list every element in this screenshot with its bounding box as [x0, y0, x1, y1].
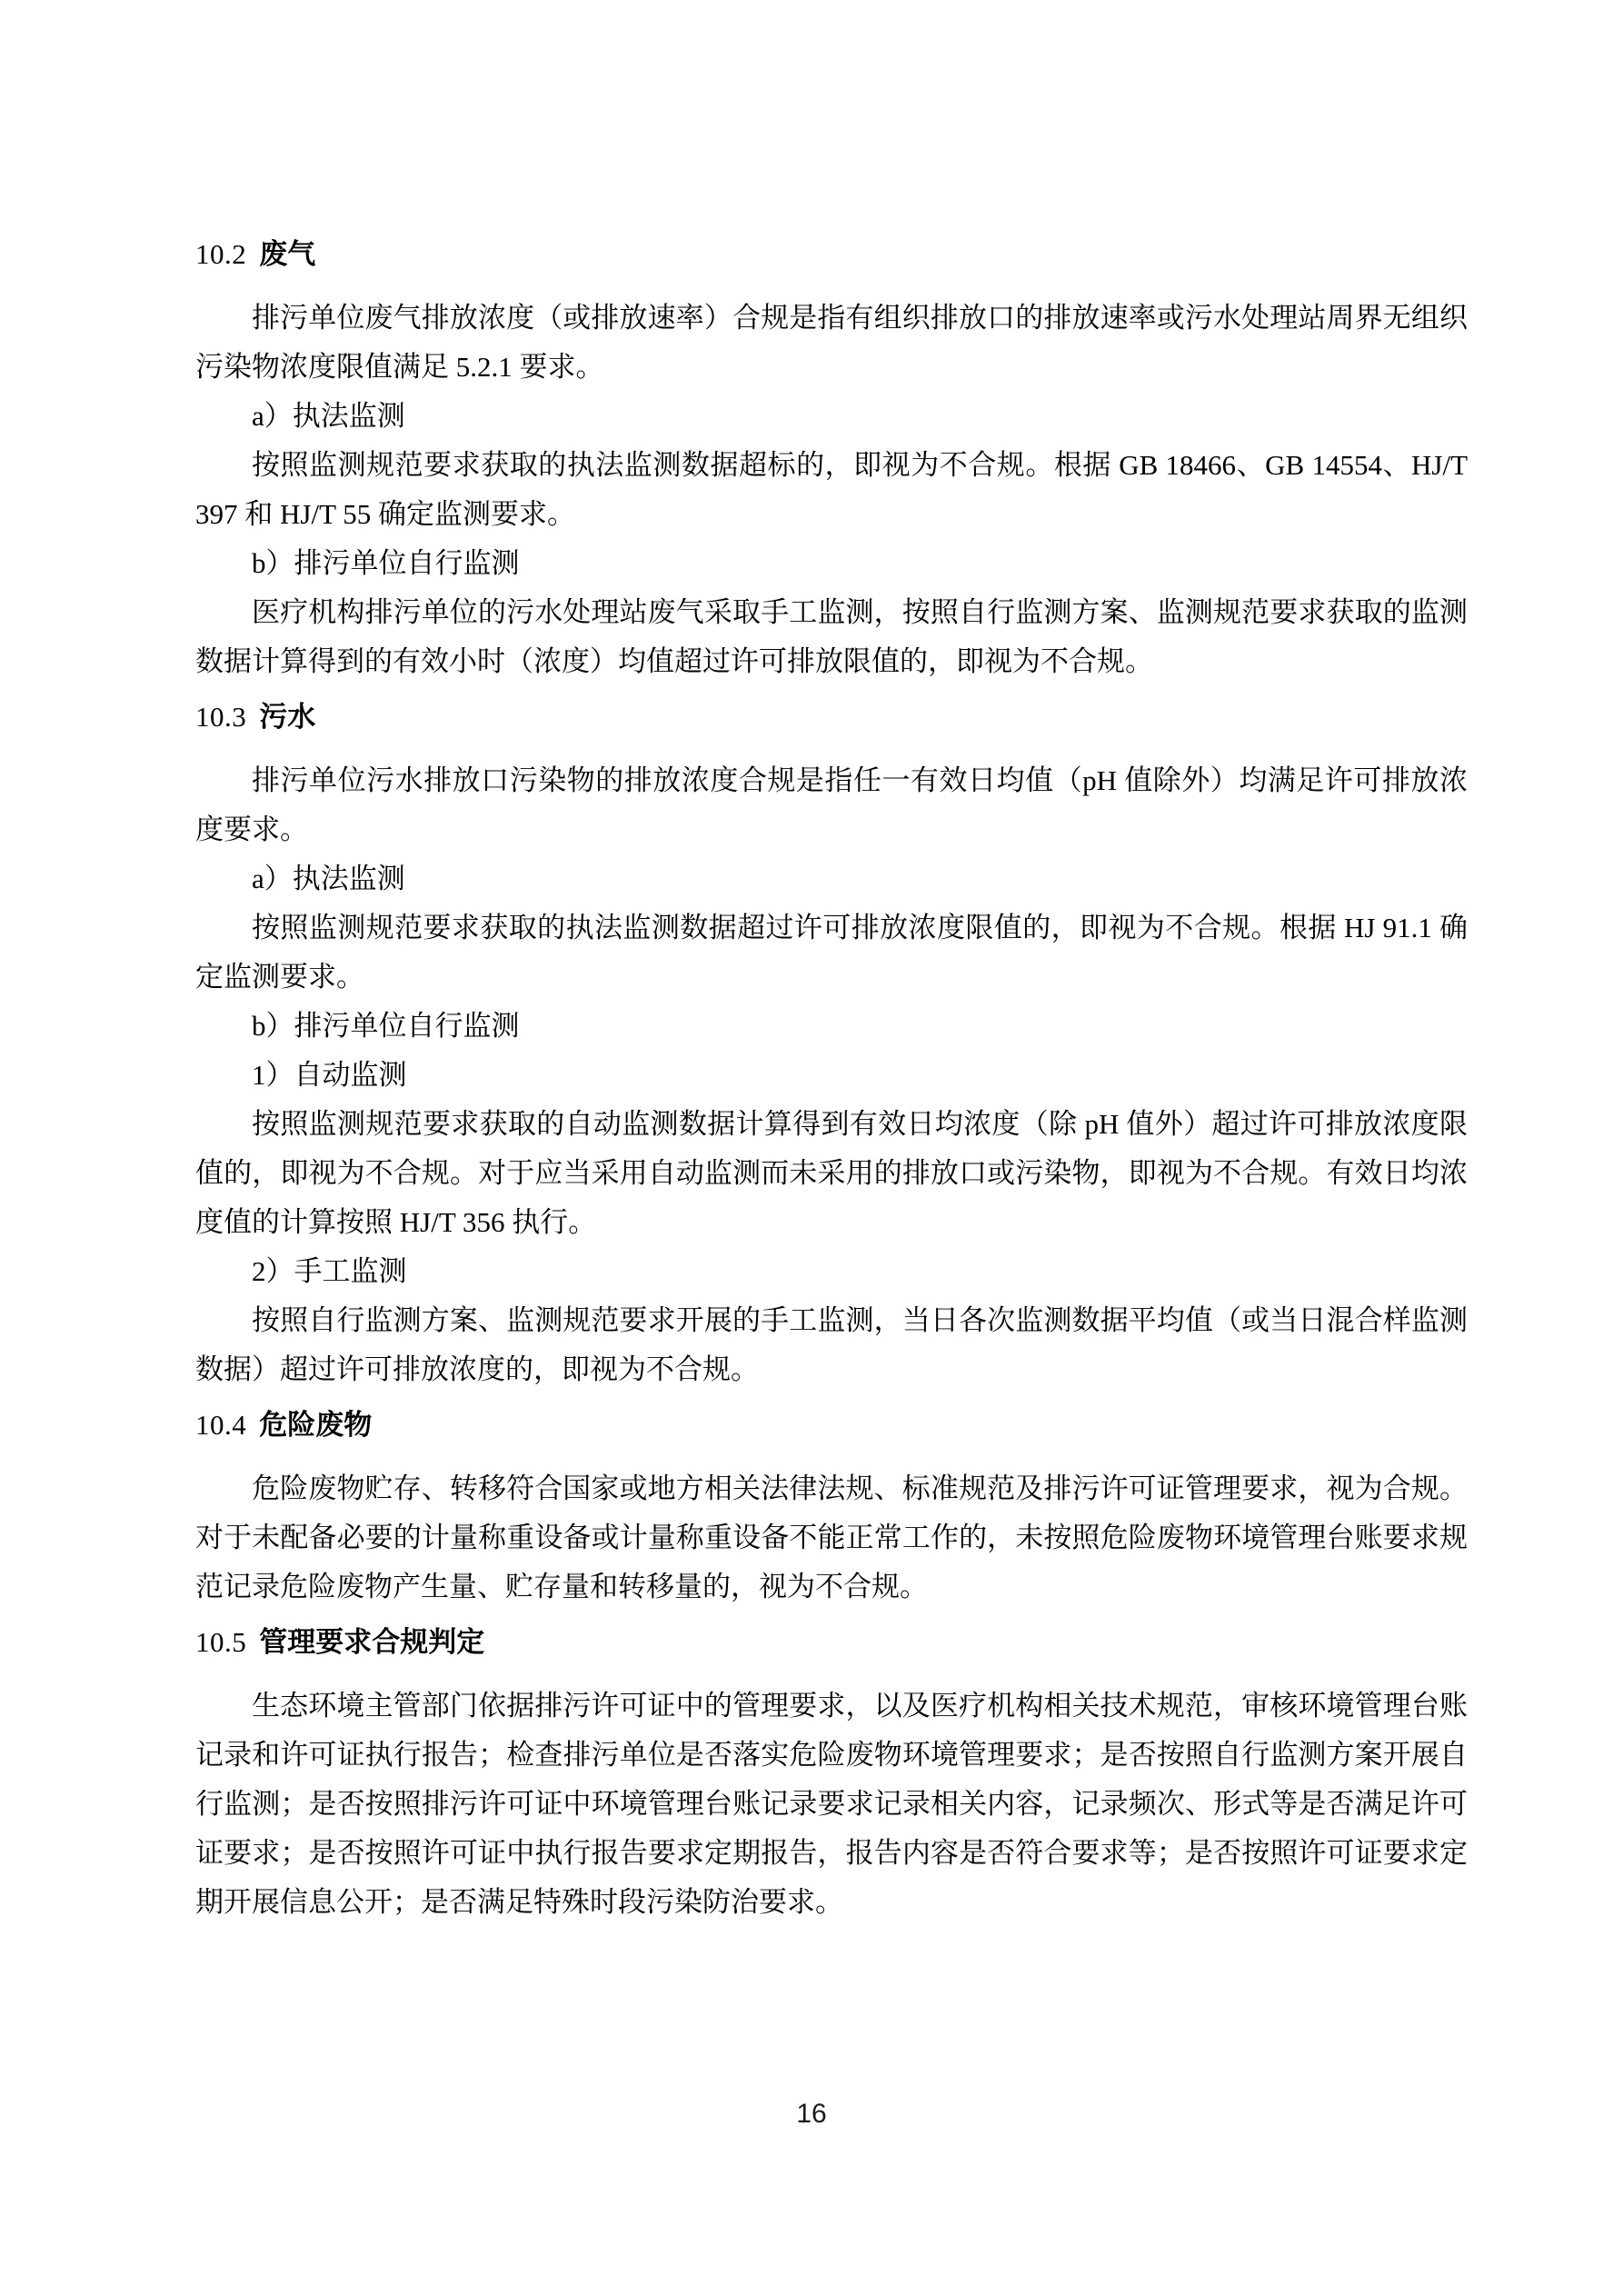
section-10-2: 10.2废气 排污单位废气排放浓度（或排放速率）合规是指有组织排放口的排放速率或…: [195, 230, 1468, 686]
section-title: 污水: [259, 701, 315, 733]
paragraph: 危险废物贮存、转移符合国家或地方相关法律法规、标准规范及排污许可证管理要求，视为…: [195, 1464, 1468, 1612]
paragraph: 医疗机构排污单位的污水处理站废气采取手工监测，按照自行监测方案、监测规范要求获取…: [195, 588, 1468, 686]
section-10-5: 10.5管理要求合规判定 生态环境主管部门依据排污许可证中的管理要求，以及医疗机…: [195, 1618, 1468, 1927]
list-item-2: 2）手工监测: [195, 1247, 1468, 1296]
list-item-b: b）排污单位自行监测: [195, 1002, 1468, 1051]
paragraph: 生态环境主管部门依据排污许可证中的管理要求，以及医疗机构相关技术规范，审核环境管…: [195, 1682, 1468, 1927]
section-heading: 10.2废气: [195, 230, 1468, 279]
section-heading: 10.3污水: [195, 693, 1468, 742]
list-item-a: a）执法监测: [195, 854, 1468, 903]
section-title: 危险废物: [259, 1409, 372, 1441]
section-number: 10.4: [195, 1409, 246, 1441]
paragraph: 按照监测规范要求获取的执法监测数据超过许可排放浓度限值的，即视为不合规。根据 H…: [195, 903, 1468, 1002]
section-heading: 10.5管理要求合规判定: [195, 1618, 1468, 1667]
paragraph: 排污单位废气排放浓度（或排放速率）合规是指有组织排放口的排放速率或污水处理站周界…: [195, 294, 1468, 392]
paragraph: 按照监测规范要求获取的自动监测数据计算得到有效日均浓度（除 pH 值外）超过许可…: [195, 1100, 1468, 1247]
document-body: 10.2废气 排污单位废气排放浓度（或排放速率）合规是指有组织排放口的排放速率或…: [195, 224, 1468, 1927]
page-footer: 16: [0, 2098, 1623, 2131]
section-title: 废气: [259, 238, 315, 270]
section-heading: 10.4危险废物: [195, 1401, 1468, 1450]
section-10-4: 10.4危险废物 危险废物贮存、转移符合国家或地方相关法律法规、标准规范及排污许…: [195, 1401, 1468, 1612]
paragraph: 排污单位污水排放口污染物的排放浓度合规是指任一有效日均值（pH 值除外）均满足许…: [195, 756, 1468, 854]
section-10-3: 10.3污水 排污单位污水排放口污染物的排放浓度合规是指任一有效日均值（pH 值…: [195, 693, 1468, 1394]
list-item-a: a）执法监测: [195, 392, 1468, 441]
paragraph: 按照监测规范要求获取的执法监测数据超标的，即视为不合规。根据 GB 18466、…: [195, 441, 1468, 539]
section-number: 10.3: [195, 701, 246, 733]
paragraph: 按照自行监测方案、监测规范要求开展的手工监测，当日各次监测数据平均值（或当日混合…: [195, 1296, 1468, 1394]
section-number: 10.5: [195, 1626, 246, 1658]
list-item-b: b）排污单位自行监测: [195, 539, 1468, 588]
page-number: 16: [796, 2099, 826, 2129]
list-item-1: 1）自动监测: [195, 1051, 1468, 1100]
document-page: 10.2废气 排污单位废气排放浓度（或排放速率）合规是指有组织排放口的排放速率或…: [0, 0, 1623, 2296]
section-title: 管理要求合规判定: [259, 1626, 484, 1658]
section-number: 10.2: [195, 238, 246, 270]
